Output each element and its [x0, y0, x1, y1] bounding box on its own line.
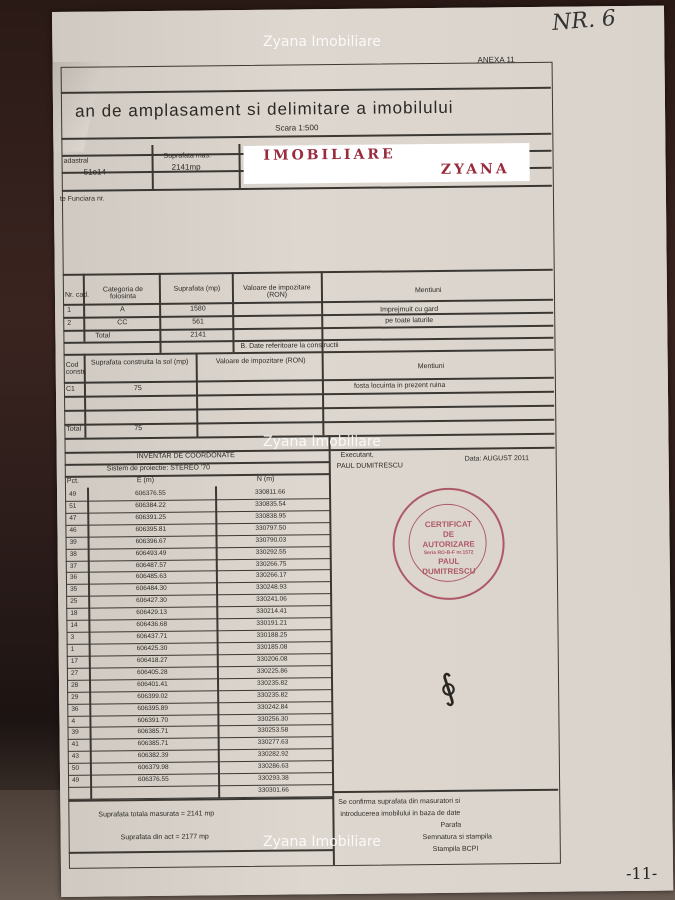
- coordinate-n: 330301.66: [258, 787, 289, 794]
- watermark: Zyana Imobiliare: [263, 834, 381, 850]
- coordinate-pt: 39: [72, 729, 79, 736]
- coordinate-e: 606485.63: [136, 573, 167, 580]
- constr-header-remarks: Mentiuni: [418, 363, 445, 370]
- coordinate-pt: 14: [70, 622, 77, 629]
- agency-banner: IMOBILIARE ZYANA: [243, 143, 529, 184]
- coordinate-pt: 28: [71, 682, 78, 689]
- coordinate-n: 330266.17: [256, 572, 287, 579]
- banner-line-1: IMOBILIARE: [263, 146, 395, 163]
- land-total-value: 2141: [190, 331, 206, 338]
- coordinate-e: 606425.30: [137, 645, 168, 652]
- executor-label: Executant,: [341, 452, 374, 459]
- coordinate-n: 330235.82: [257, 691, 288, 698]
- land-header-value: Valoare de impozitare (RON): [237, 284, 317, 299]
- coordinate-pt: 38: [70, 550, 77, 557]
- coordinate-n: 330256.30: [257, 715, 288, 722]
- coordinate-e: 606384.22: [135, 502, 166, 509]
- coordinate-n: 330790.03: [256, 536, 287, 543]
- coordinate-n: 330225.86: [257, 667, 288, 674]
- handwritten-number: NR. 6: [551, 6, 617, 36]
- coordinate-n: 330797.50: [255, 524, 286, 531]
- coordinate-e: 606379.98: [138, 764, 169, 771]
- construction-section-title: B. Date referitoare la constructii: [240, 342, 338, 350]
- coordinate-pt: 17: [71, 658, 78, 665]
- coordinates-table: 49606376.55330811.6651606384.22330835.54…: [65, 487, 333, 800]
- coordinate-n: 330835.54: [255, 500, 286, 507]
- coordinate-n: 330191.21: [256, 620, 287, 627]
- coordinate-e: 606405.28: [137, 669, 168, 676]
- coordinate-e: 606399.02: [137, 693, 168, 700]
- constr-header-value: Valoare de impozitare (RON): [206, 357, 316, 365]
- constr-row-area: 75: [134, 385, 142, 392]
- coord-header-pt: Pct.: [67, 478, 79, 485]
- land-remarks-2: pe toate laturile: [385, 317, 433, 325]
- area-value: 2141mp: [172, 162, 201, 171]
- land-row-category: CC: [117, 319, 127, 326]
- coordinate-pt: 35: [70, 586, 77, 593]
- annex-label: ANEXA 11: [477, 55, 514, 64]
- coordinate-pt: 47: [69, 515, 76, 522]
- land-row-nr: 1: [67, 307, 71, 314]
- coordinate-pt: 36: [71, 705, 78, 712]
- coordinate-n: 330838.95: [255, 512, 286, 519]
- coordinate-pt: 37: [70, 562, 77, 569]
- land-remarks-1: Imprejmuit cu gard: [380, 306, 438, 314]
- land-row-nr: 2: [67, 320, 71, 327]
- coordinate-e: 606385.71: [138, 740, 169, 747]
- document-title: an de amplasament si delimitare a imobil…: [75, 98, 454, 122]
- coordinate-n: 330282.92: [258, 751, 289, 758]
- coordinate-pt: 1: [71, 646, 75, 653]
- cadastral-number: 51o14: [84, 167, 106, 176]
- coordinate-e: 606493.49: [136, 549, 167, 556]
- watermark: Zyana Imobiliare: [263, 34, 381, 50]
- land-header-nr: Nr. cad.: [65, 292, 89, 299]
- coordinate-pt: 4: [71, 717, 75, 724]
- coordinate-e: 606418.27: [137, 657, 168, 664]
- coordinates-title: INVENTAR DE COORDONATE: [137, 452, 235, 460]
- coordinate-e: 606427.30: [136, 597, 167, 604]
- constr-header-area: Suprafata construita la sol (mp): [90, 359, 190, 367]
- coordinate-n: 330286.63: [258, 763, 289, 770]
- land-row-category: A: [120, 306, 125, 313]
- coord-header-e: E (m): [137, 477, 154, 484]
- coordinate-n: 330292.55: [256, 548, 287, 555]
- land-row-area: 561: [192, 318, 204, 325]
- stamp-line: Seria RO-B-F nr.1572: [395, 549, 503, 556]
- confirmation-text-1: Se confirma suprafata din masuratori si: [338, 798, 460, 806]
- coordinate-e: 606484.30: [136, 585, 167, 592]
- banner-line-2: ZYANA: [441, 161, 510, 178]
- coordinate-n: 330293.38: [258, 775, 289, 782]
- coordinate-e: 606376.55: [138, 776, 169, 783]
- coordinate-e: 606385.71: [138, 728, 169, 735]
- coordinate-pt: 49: [69, 491, 76, 498]
- coordinate-n: 330253.58: [258, 727, 289, 734]
- coordinate-e: 606429.13: [136, 609, 167, 616]
- coordinate-pt: 43: [72, 753, 79, 760]
- total-measured-area: Suprafata totala masurata = 2141 mp: [98, 810, 214, 818]
- constr-header-code: Cod constr.: [66, 362, 84, 376]
- land-header-remarks: Mentiuni: [415, 287, 442, 294]
- constr-total-label: Total: [66, 426, 81, 433]
- stamp-line: AUTORIZARE: [395, 539, 503, 549]
- coordinate-n: 330188.25: [257, 632, 288, 639]
- coordinate-pt: 50: [72, 765, 79, 772]
- executor-name: PAUL DUMITRESCU: [337, 462, 403, 470]
- scale-label: Scara 1:500: [275, 123, 318, 132]
- coordinate-e: 606391.25: [135, 514, 166, 521]
- coordinate-n: 330248.93: [256, 584, 287, 591]
- coordinate-pt: 41: [72, 741, 79, 748]
- stamp-line: DUMITRESCU: [395, 566, 503, 576]
- coordinate-pt: 3: [71, 634, 75, 641]
- deed-area: Suprafata din act = 2177 mp: [121, 833, 209, 841]
- stamp-line: PAUL: [395, 556, 503, 566]
- coordinate-e: 606382.39: [138, 752, 169, 759]
- coordinate-n: 330241.06: [256, 596, 287, 603]
- coordinate-pt: 39: [70, 538, 77, 545]
- coordinate-e: 606487.57: [136, 561, 167, 568]
- executor-date: Data: AUGUST 2011: [465, 455, 529, 463]
- document-page: NR. 6 ANEXA 11 an de amplasament si deli…: [52, 6, 673, 897]
- coordinates-system: Sistem de proiectie: STEREO '70: [107, 464, 210, 472]
- land-header-category: Categoria de folosinta: [90, 286, 156, 301]
- land-book-label: te Funciara nr.: [60, 195, 105, 202]
- area-label: Suprafata mas.: [163, 152, 211, 159]
- coordinate-n: 330277.63: [258, 739, 289, 746]
- coordinate-e: 606395.81: [135, 526, 166, 533]
- coordinate-pt: 25: [70, 598, 77, 605]
- land-row-area: 1580: [190, 305, 206, 312]
- coordinate-pt: 36: [70, 574, 77, 581]
- constr-row-code: C1: [66, 386, 75, 393]
- coordinate-n: 330242.84: [257, 703, 288, 710]
- coordinate-pt: 18: [70, 610, 77, 617]
- coordinate-n: 330235.82: [257, 679, 288, 686]
- watermark: Zyana Imobiliare: [263, 434, 381, 450]
- coordinate-e: 606401.41: [137, 681, 168, 688]
- cadastral-label: adastral: [64, 158, 89, 165]
- authorization-stamp: CERTIFICAT DE AUTORIZARE Seria RO-B-F nr…: [392, 487, 505, 600]
- coord-header-n: N (m): [257, 476, 275, 483]
- confirmation-office: Stampila BCPI: [433, 846, 479, 853]
- land-header-area: Suprafata (mp): [167, 285, 227, 293]
- coordinate-e: 606396.67: [136, 538, 167, 545]
- land-total-label: Total: [95, 332, 110, 339]
- coordinate-e: 606376.55: [135, 490, 166, 497]
- coordinate-e: 606436.68: [136, 621, 167, 628]
- coordinate-pt: 27: [71, 670, 78, 677]
- coordinate-pt: 29: [71, 693, 78, 700]
- constr-row-remarks: fosta locuinta in prezent ruina: [354, 382, 446, 390]
- coordinate-n: 330214.41: [256, 608, 287, 615]
- confirmation-signer: Parafa: [441, 822, 462, 829]
- confirmation-sign-label: Semnatura si stampila: [423, 833, 492, 841]
- coordinate-e: 606437.71: [137, 633, 168, 640]
- stamp-line: DE: [394, 529, 502, 539]
- coordinate-e: 606391.70: [137, 716, 168, 723]
- coordinate-e: 606395.89: [137, 704, 168, 711]
- handwritten-page-number: -11-: [626, 864, 657, 883]
- coordinate-n: 330185.08: [257, 644, 288, 651]
- confirmation-text-2: introducerea imobilului in baza de date: [340, 810, 460, 818]
- coordinate-pt: 49: [72, 777, 79, 784]
- stamp-line: CERTIFICAT: [394, 519, 502, 529]
- coordinate-pt: 51: [69, 503, 76, 510]
- coordinate-n: 330266.75: [256, 560, 287, 567]
- coordinate-pt: 46: [69, 527, 76, 534]
- coordinate-n: 330811.66: [255, 489, 285, 496]
- coordinate-n: 330206.08: [257, 655, 288, 662]
- constr-total-value: 75: [134, 425, 142, 432]
